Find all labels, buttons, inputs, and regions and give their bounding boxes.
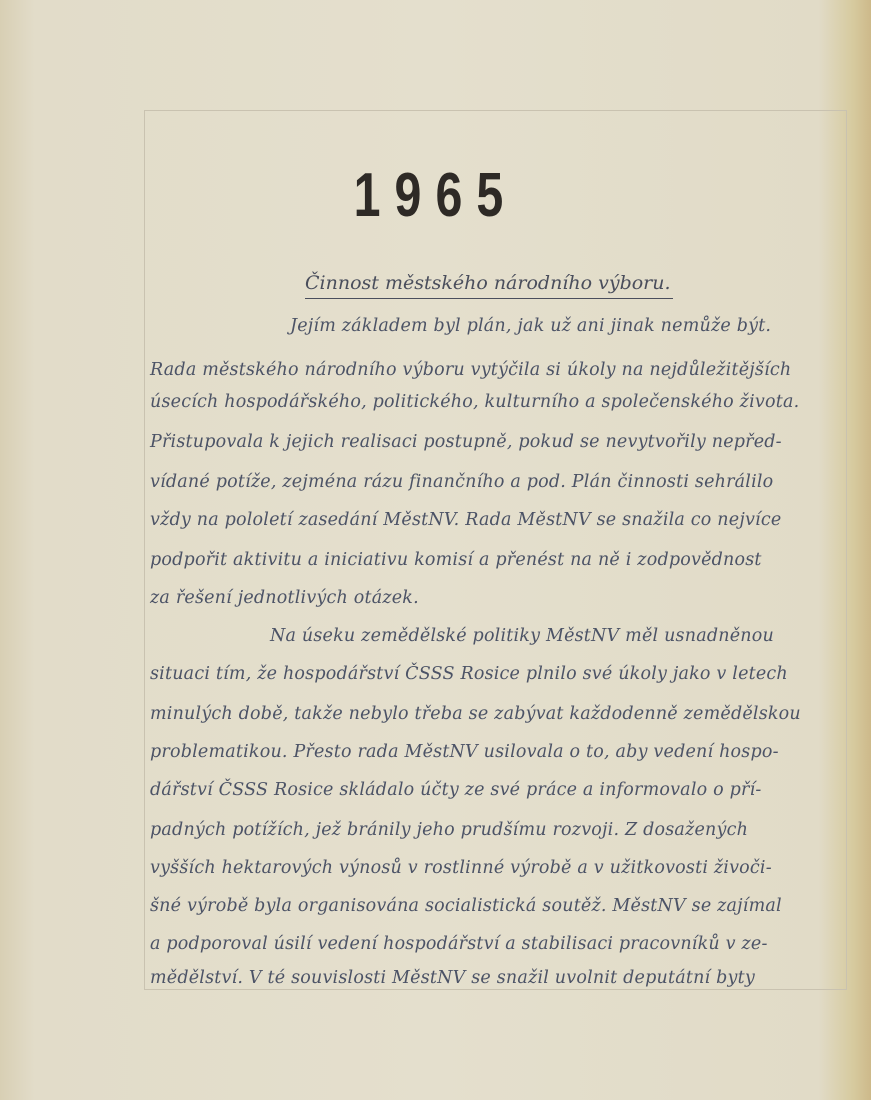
text-line: úsecích hospodářského, politického, kult…	[150, 392, 840, 412]
text-line: podpořit aktivitu a iniciativu komisí a …	[150, 550, 840, 570]
text-line: šné výrobě byla organisována socialistic…	[150, 896, 840, 916]
text-line: situaci tím, že hospodářství ČSSS Rosice…	[150, 664, 840, 684]
text-line: Rada městského národního výboru vytýčila…	[150, 360, 840, 380]
text-line: a podporoval úsilí vedení hospodářství a…	[150, 934, 840, 954]
text-line: vídané potíže, zejména rázu finančního a…	[150, 472, 840, 492]
text-line: problematikou. Přesto rada MěstNV usilov…	[150, 742, 840, 762]
text-line: vyšších hektarových výnosů v rostlinné v…	[150, 858, 840, 878]
text-line: vždy na pololetí zasedání MěstNV. Rada M…	[150, 510, 840, 530]
text-line: minulých době, takže nebylo třeba se zab…	[150, 704, 840, 724]
text-line: za řešení jednotlivých otázek.	[150, 588, 840, 608]
text-line: dářství ČSSS Rosice skládalo účty ze své…	[150, 780, 840, 800]
text-line: padných potížích, jež bránily jeho prudš…	[150, 820, 840, 840]
text-line: Přistupovala k jejich realisaci postupně…	[150, 432, 840, 452]
year-title: 1965	[96, 160, 775, 231]
text-line: Jejím základem byl plán, jak už ani jina…	[290, 316, 840, 336]
section-heading: Činnost městského národního výboru.	[305, 272, 673, 299]
text-line: Na úseku zemědělské politiky MěstNV měl …	[270, 626, 840, 646]
document-page: 1965 Činnost městského národního výboru.…	[0, 0, 871, 1100]
text-line: mědělství. V té souvislosti MěstNV se sn…	[150, 968, 840, 988]
